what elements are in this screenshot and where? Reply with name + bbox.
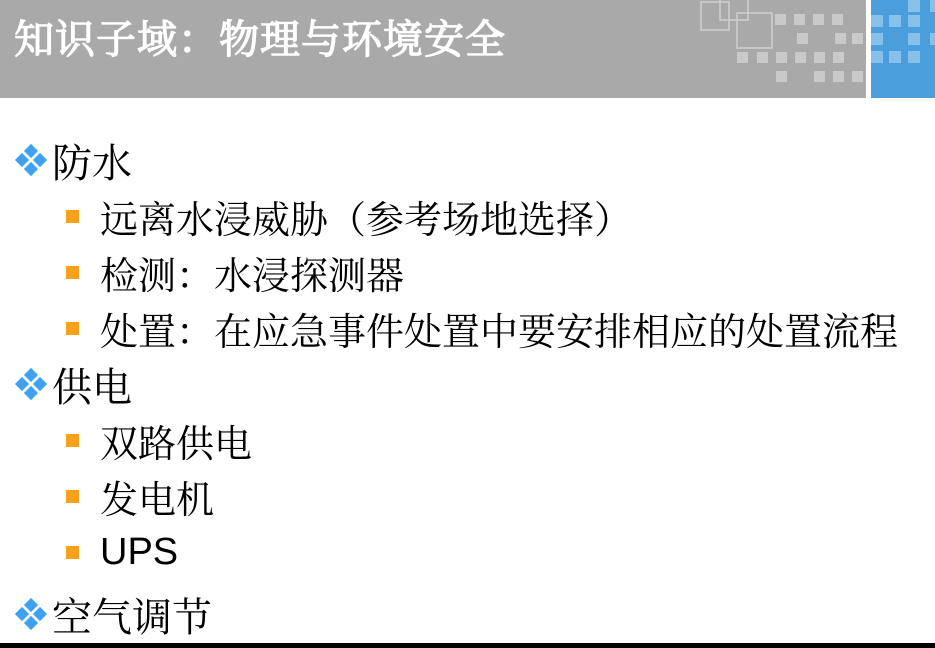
bullet-row: 空气调节 (0, 586, 935, 642)
bullet-row: 防水 (0, 132, 935, 188)
header-decoration-icon (680, 0, 935, 98)
bullet-text: UPS (100, 531, 178, 574)
square-bullet-icon (66, 266, 79, 279)
square-bullet-icon (66, 490, 79, 503)
footer-bar (0, 643, 935, 648)
slide-header: 知识子域：物理与环境安全 (0, 0, 935, 98)
header-accent-block (871, 0, 935, 98)
bullet-row: 双路供电 (0, 412, 935, 468)
slide-title: 知识子域：物理与环境安全 (14, 17, 506, 63)
square-bullet-icon (66, 322, 79, 335)
bullet-row: UPS (0, 524, 935, 580)
diamond-cluster-bullet-icon (14, 143, 48, 177)
bullet-text: 检测：水浸探测器 (100, 245, 404, 300)
outline-squares-icon (701, 0, 772, 48)
diamond-cluster-bullet-icon (14, 597, 48, 631)
bullet-row: 检测：水浸探测器 (0, 244, 935, 300)
bullet-text: 防水 (52, 132, 132, 189)
bullet-text: 发电机 (100, 469, 214, 524)
slide: 知识子域：物理与环境安全 (0, 0, 935, 648)
square-bullet-icon (66, 434, 79, 447)
bullet-row: 远离水浸威胁（参考场地选择） (0, 188, 935, 244)
diamond-cluster-bullet-icon (14, 367, 48, 401)
bullet-text: 空气调节 (52, 586, 212, 643)
bullet-row: 供电 (0, 356, 935, 412)
bullet-text: 双路供电 (100, 413, 252, 468)
bullet-text: 处置：在应急事件处置中要安排相应的处置流程 (100, 301, 898, 356)
bullet-row: 发电机 (0, 468, 935, 524)
bullet-text: 远离水浸威胁（参考场地选择） (100, 189, 632, 244)
slide-body: 防水 远离水浸威胁（参考场地选择） 检测：水浸探测器 (0, 132, 935, 642)
bullet-row: 处置：在应急事件处置中要安排相应的处置流程 (0, 300, 935, 356)
square-bullet-icon (66, 546, 79, 559)
square-bullet-icon (66, 210, 79, 223)
bullet-text: 供电 (52, 356, 132, 413)
